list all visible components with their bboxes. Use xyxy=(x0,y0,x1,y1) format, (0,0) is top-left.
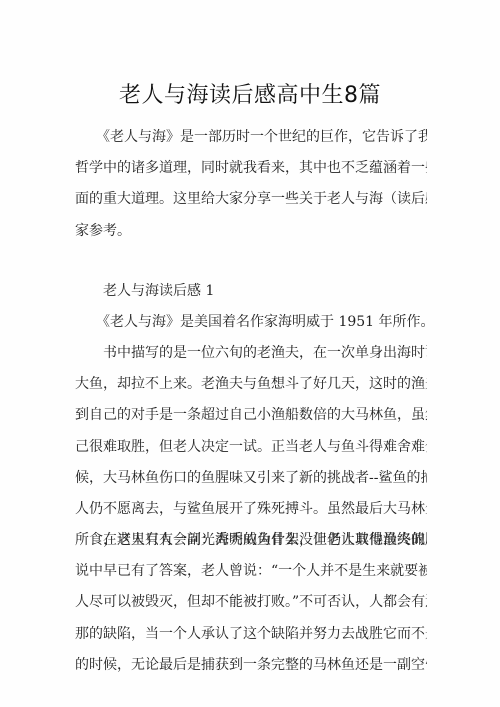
text-line: 家参考。 xyxy=(75,216,427,247)
story-paragraph: 书中描写的是一位六旬的老渔夫，在一次单身出海时调到一条 大鱼，却拉不上来。老渔夫… xyxy=(75,338,427,556)
intro-paragraph: 《老人与海》是一部历时一个世纪的巨作，它告诉了我们人生 哲学中的诸多道理，同时就… xyxy=(75,122,427,247)
text-line: 书中描写的是一位六旬的老渔夫，在一次单身出海时调到一条 xyxy=(75,338,427,369)
text-line: 《老人与海》是美国着名作家海明威于 1951 年所作。 xyxy=(75,307,427,338)
text-line: 己很难取胜，但老人决定一试。正当老人与鱼斗得难舍难分的时 xyxy=(75,432,427,463)
text-line: 说中早已有了答案，老人曾说：“一个人并不是生来就要被打败的， xyxy=(75,556,427,587)
question-paragraph: 在这里有人会问：海明威为什么没让老人取得最终的胜利呢?小 说中早已有了答案，老人… xyxy=(75,525,427,681)
text-line: 人仍不愿离去，与鲨鱼展开了殊死搏斗。虽然最后大马林鱼被鲨鱼 xyxy=(75,494,427,525)
text-line: 候，大马林鱼伤口的鱼腥味又引来了新的挑战者--鲨鱼的抢食，但老 xyxy=(75,463,427,494)
text-line: 那的缺陷，当一个人承认了这个缺陷并努力去战胜它而不是屈服它 xyxy=(75,619,427,650)
text-line: 的时候，无论最后是捕获到一条完整的马林鱼还是一副空骨架，这 xyxy=(75,650,427,681)
text-line: 在这里有人会问：海明威为什么没让老人取得最终的胜利呢?小 xyxy=(75,525,427,556)
text-line: 大鱼，却拉不上来。老渔夫与鱼想斗了好几天，这时的渔夫才意识 xyxy=(75,369,427,400)
text-line: 人尽可以被毁灭，但却不能被打败。”不可否认，人都会有这或者或 xyxy=(75,587,427,618)
fact-paragraph: 《老人与海》是美国着名作家海明威于 1951 年所作。 xyxy=(75,307,427,338)
text-line: 面的重大道理。这里给大家分享一些关于老人与海（读后感），供大 xyxy=(75,184,427,215)
text-line: 哲学中的诸多道理，同时就我看来，其中也不乏蕴涵着一些程序方 xyxy=(75,153,427,184)
section-heading: 老人与海读后感 1 xyxy=(75,276,427,307)
section-heading-text: 老人与海读后感 1 xyxy=(75,276,427,307)
page-title: 老人与海读后感高中生8篇 xyxy=(0,78,500,109)
text-line: 到自己的对手是一条超过自己小渔船数倍的大马林鱼，虽然知道自 xyxy=(75,400,427,431)
document-page: 老人与海读后感高中生8篇 《老人与海》是一部历时一个世纪的巨作，它告诉了我们人生… xyxy=(0,0,500,707)
text-line: 《老人与海》是一部历时一个世纪的巨作，它告诉了我们人生 xyxy=(75,122,427,153)
